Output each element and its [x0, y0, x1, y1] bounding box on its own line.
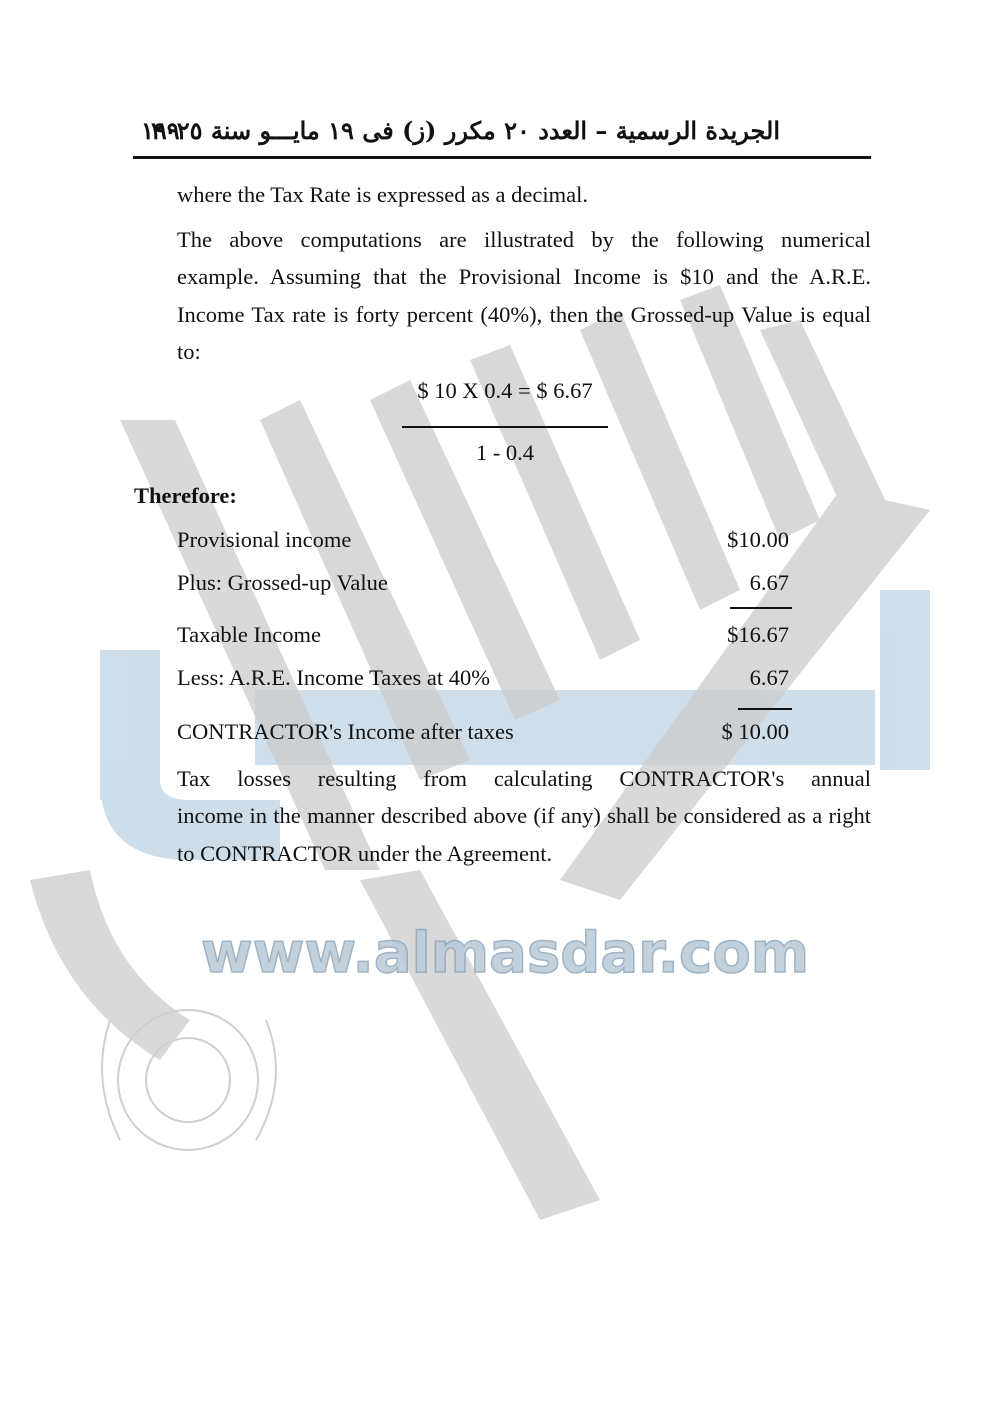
total-rule [738, 708, 792, 710]
row-label: CONTRACTOR's Income after taxes [177, 719, 514, 745]
row-value: $16.67 [727, 622, 789, 648]
row-label: Plus: Grossed-up Value [177, 570, 388, 596]
formula-numerator: $ 10 X 0.4 = $ 6.67 [400, 378, 610, 404]
gazette-title: الجريدة الرسمية – العدد ٢٠ مكرر (ز) فى ١… [151, 116, 780, 145]
table-row: Plus: Grossed-up Value 6.67 [177, 570, 789, 600]
row-value: $10.00 [727, 527, 789, 553]
subtotal-rule [730, 607, 792, 609]
therefore-heading: Therefore: [134, 483, 237, 509]
row-label: Taxable Income [177, 622, 321, 648]
paragraph-tax-losses: income in the manner described above (if… [177, 797, 871, 872]
paragraph-example-line1: The above computations are illustrated b… [177, 221, 871, 259]
row-value: 6.67 [750, 570, 789, 596]
page-number: ١٩٩ [141, 116, 180, 145]
page-header: الجريدة الرسمية – العدد ٢٠ مكرر (ز) فى ١… [133, 112, 870, 152]
row-value: $ 10.00 [722, 719, 790, 745]
formula-denominator: 1 - 0.4 [400, 440, 610, 466]
row-value: 6.67 [750, 665, 789, 691]
table-row: CONTRACTOR's Income after taxes $ 10.00 [177, 719, 789, 749]
header-divider [133, 156, 871, 159]
table-row: Taxable Income $16.67 [177, 622, 789, 652]
table-row: Less: A.R.E. Income Taxes at 40% 6.67 [177, 665, 789, 695]
paragraph-tax-losses-line1: Tax losses resulting from calculating CO… [177, 760, 871, 798]
fraction-bar [402, 426, 608, 428]
document-page: الجريدة الرسمية – العدد ٢٠ مكرر (ز) فى ١… [0, 0, 1004, 1418]
paragraph-tax-rate: where the Tax Rate is expressed as a dec… [177, 176, 871, 214]
table-row: Provisional income $10.00 [177, 527, 789, 557]
row-label: Provisional income [177, 527, 351, 553]
paragraph-example: example. Assuming that the Provisional I… [177, 258, 871, 371]
row-label: Less: A.R.E. Income Taxes at 40% [177, 665, 490, 691]
